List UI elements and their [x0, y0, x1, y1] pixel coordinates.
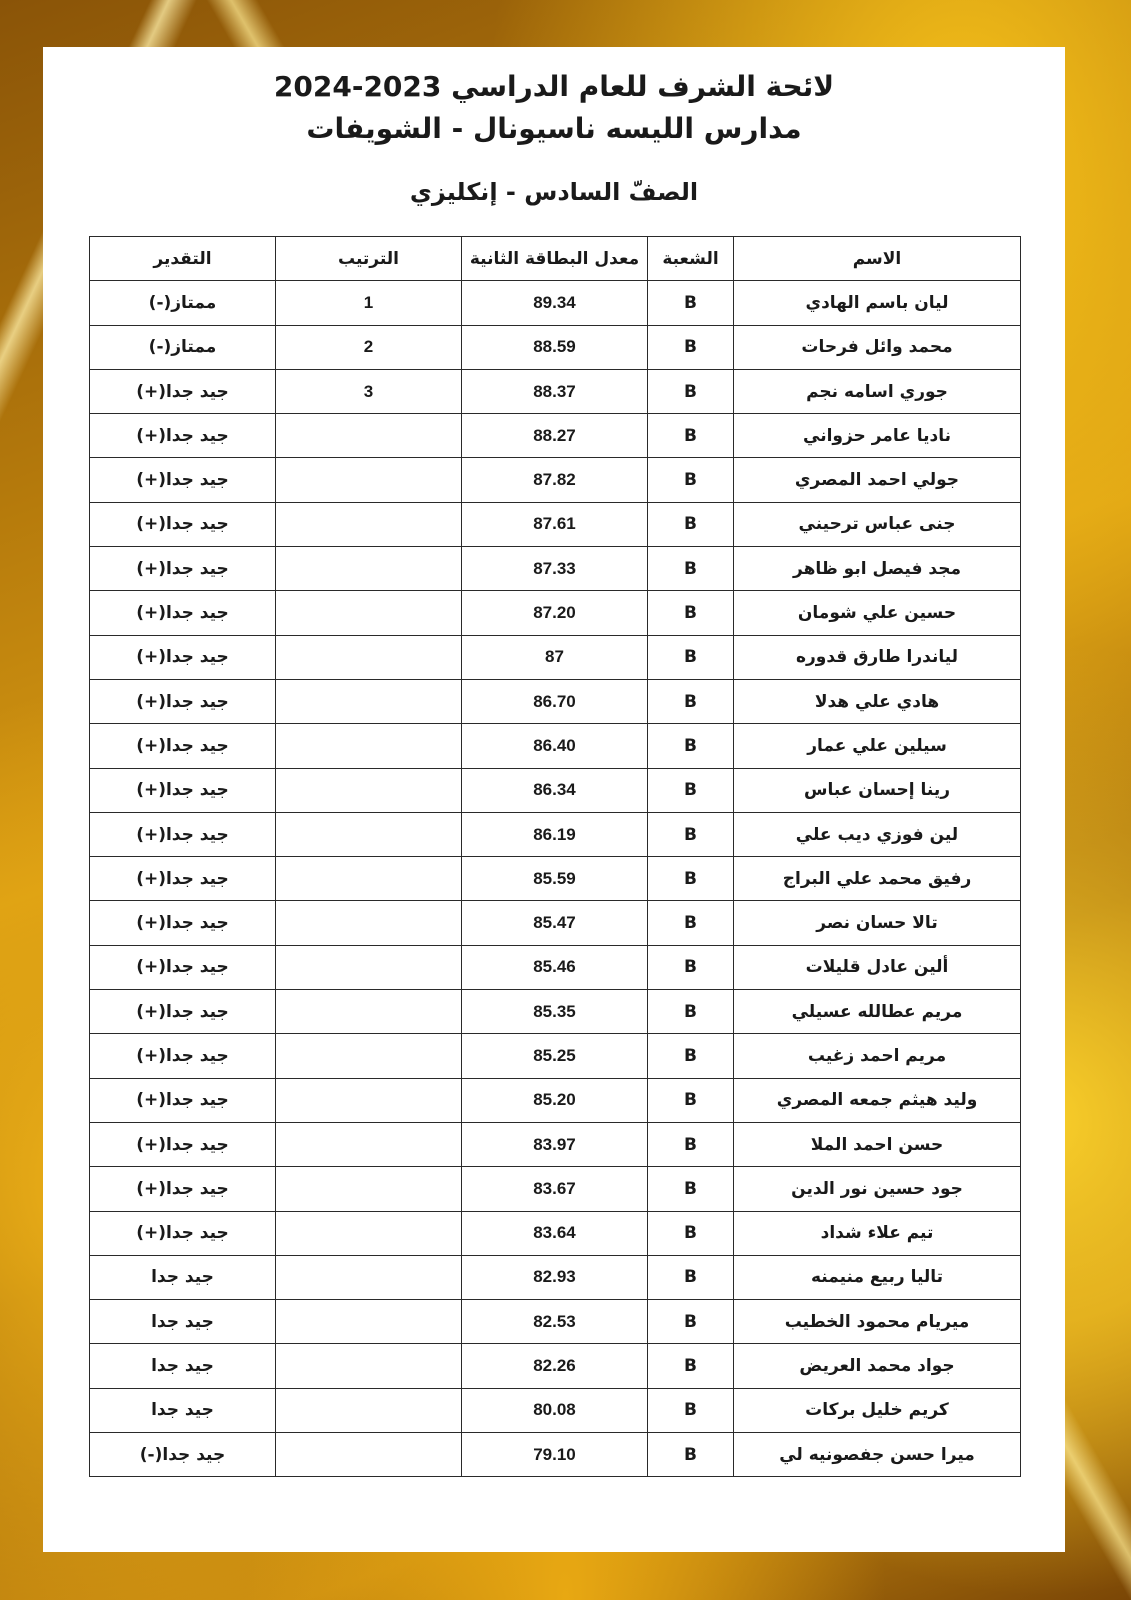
cell-name: تالا حسان نصر: [734, 901, 1021, 945]
column-header-average: معدل البطاقة الثانية: [462, 237, 648, 281]
cell-grade: جيد جدا(+): [90, 901, 276, 945]
cell-average: 89.34: [462, 281, 648, 325]
cell-section: B: [648, 1433, 734, 1477]
table-row: لين فوزي ديب عليB86.19جيد جدا(+): [90, 812, 1021, 856]
table-row: جود حسين نور الدينB83.67جيد جدا(+): [90, 1167, 1021, 1211]
cell-name: ألين عادل قليلات: [734, 945, 1021, 989]
cell-grade: جيد جدا(+): [90, 990, 276, 1034]
cell-section: B: [648, 990, 734, 1034]
cell-average: 86.40: [462, 724, 648, 768]
cell-grade: جيد جدا(+): [90, 547, 276, 591]
table-row: جولي احمد المصريB87.82جيد جدا(+): [90, 458, 1021, 502]
cell-grade: ممتاز(-): [90, 281, 276, 325]
cell-grade: جيد جدا(+): [90, 1167, 276, 1211]
cell-grade: جيد جدا(+): [90, 414, 276, 458]
table-header-row: الاسم الشعبة معدل البطاقة الثانية الترتي…: [90, 237, 1021, 281]
cell-rank: [276, 1433, 462, 1477]
cell-average: 87: [462, 635, 648, 679]
cell-average: 88.59: [462, 325, 648, 369]
cell-grade: جيد جدا(+): [90, 945, 276, 989]
cell-rank: [276, 990, 462, 1034]
cell-average: 82.26: [462, 1344, 648, 1388]
cell-name: سيلين علي عمار: [734, 724, 1021, 768]
cell-grade: جيد جدا(+): [90, 768, 276, 812]
cell-name: ناديا عامر حزواني: [734, 414, 1021, 458]
cell-rank: [276, 1388, 462, 1432]
cell-name: حسن احمد الملا: [734, 1122, 1021, 1166]
cell-grade: جيد جدا: [90, 1300, 276, 1344]
cell-grade: جيد جدا(-): [90, 1433, 276, 1477]
table-row: سيلين علي عمارB86.40جيد جدا(+): [90, 724, 1021, 768]
table-row: تالا حسان نصرB85.47جيد جدا(+): [90, 901, 1021, 945]
cell-section: B: [648, 414, 734, 458]
cell-name: وليد هيثم جمعه المصري: [734, 1078, 1021, 1122]
cell-grade: جيد جدا(+): [90, 635, 276, 679]
table-row: محمد وائل فرحاتB88.592ممتاز(-): [90, 325, 1021, 369]
cell-section: B: [648, 547, 734, 591]
cell-rank: [276, 679, 462, 723]
table-row: رفيق محمد علي البراجB85.59جيد جدا(+): [90, 857, 1021, 901]
cell-name: جنى عباس ترحيني: [734, 502, 1021, 546]
cell-name: ميرا حسن جفصونيه لي: [734, 1433, 1021, 1477]
cell-section: B: [648, 325, 734, 369]
cell-rank: [276, 635, 462, 679]
cell-grade: جيد جدا(+): [90, 369, 276, 413]
cell-rank: [276, 1344, 462, 1388]
cell-name: تاليا ربيع منيمنه: [734, 1255, 1021, 1299]
cell-section: B: [648, 724, 734, 768]
cell-average: 82.53: [462, 1300, 648, 1344]
cell-name: تيم علاء شداد: [734, 1211, 1021, 1255]
cell-grade: جيد جدا(+): [90, 458, 276, 502]
cell-average: 86.19: [462, 812, 648, 856]
table-row: هادي علي هدلاB86.70جيد جدا(+): [90, 679, 1021, 723]
cell-section: B: [648, 1122, 734, 1166]
cell-name: مريم عطالله عسيلي: [734, 990, 1021, 1034]
cell-rank: 1: [276, 281, 462, 325]
cell-section: B: [648, 1034, 734, 1078]
table-row: جنى عباس ترحينيB87.61جيد جدا(+): [90, 502, 1021, 546]
cell-name: كريم خليل بركات: [734, 1388, 1021, 1432]
cell-rank: [276, 768, 462, 812]
school-name: مدارس الليسه ناسيونال - الشويفات: [43, 109, 1065, 149]
cell-grade: جيد جدا(+): [90, 1122, 276, 1166]
cell-name: هادي علي هدلا: [734, 679, 1021, 723]
cell-rank: [276, 502, 462, 546]
cell-name: محمد وائل فرحات: [734, 325, 1021, 369]
cell-name: جوري اسامه نجم: [734, 369, 1021, 413]
cell-section: B: [648, 502, 734, 546]
cell-grade: جيد جدا(+): [90, 591, 276, 635]
cell-rank: [276, 1034, 462, 1078]
column-header-rank: الترتيب: [276, 237, 462, 281]
table-row: ميريام محمود الخطيبB82.53جيد جدا: [90, 1300, 1021, 1344]
table-row: ميرا حسن جفصونيه ليB79.10جيد جدا(-): [90, 1433, 1021, 1477]
cell-grade: جيد جدا(+): [90, 1078, 276, 1122]
cell-rank: [276, 591, 462, 635]
table-row: جواد محمد العريضB82.26جيد جدا: [90, 1344, 1021, 1388]
cell-average: 87.20: [462, 591, 648, 635]
cell-average: 85.25: [462, 1034, 648, 1078]
cell-average: 88.27: [462, 414, 648, 458]
cell-rank: [276, 857, 462, 901]
cell-average: 87.82: [462, 458, 648, 502]
cell-grade: جيد جدا: [90, 1255, 276, 1299]
cell-average: 86.70: [462, 679, 648, 723]
cell-section: B: [648, 591, 734, 635]
cell-name: مجد فيصل ابو ظاهر: [734, 547, 1021, 591]
table-row: حسين علي شومانB87.20جيد جدا(+): [90, 591, 1021, 635]
cell-name: ليان باسم الهادي: [734, 281, 1021, 325]
cell-average: 86.34: [462, 768, 648, 812]
cell-average: 83.64: [462, 1211, 648, 1255]
cell-grade: جيد جدا(+): [90, 502, 276, 546]
cell-name: جولي احمد المصري: [734, 458, 1021, 502]
cell-rank: 3: [276, 369, 462, 413]
cell-section: B: [648, 1344, 734, 1388]
table-row: تاليا ربيع منيمنهB82.93جيد جدا: [90, 1255, 1021, 1299]
cell-average: 88.37: [462, 369, 648, 413]
cell-grade: جيد جدا(+): [90, 724, 276, 768]
table-row: ليان باسم الهاديB89.341ممتاز(-): [90, 281, 1021, 325]
cell-average: 83.97: [462, 1122, 648, 1166]
cell-grade: جيد جدا(+): [90, 857, 276, 901]
cell-grade: جيد جدا(+): [90, 1034, 276, 1078]
cell-section: B: [648, 901, 734, 945]
cell-rank: 2: [276, 325, 462, 369]
cell-section: B: [648, 1211, 734, 1255]
cell-grade: جيد جدا: [90, 1388, 276, 1432]
cell-rank: [276, 1300, 462, 1344]
cell-section: B: [648, 458, 734, 502]
cell-name: مريم احمد زغيب: [734, 1034, 1021, 1078]
honor-roll-table: الاسم الشعبة معدل البطاقة الثانية الترتي…: [89, 236, 1021, 1477]
table-row: حسن احمد الملاB83.97جيد جدا(+): [90, 1122, 1021, 1166]
cell-average: 82.93: [462, 1255, 648, 1299]
cell-section: B: [648, 1255, 734, 1299]
table-row: ناديا عامر حزوانيB88.27جيد جدا(+): [90, 414, 1021, 458]
table-row: وليد هيثم جمعه المصريB85.20جيد جدا(+): [90, 1078, 1021, 1122]
cell-average: 85.47: [462, 901, 648, 945]
cell-rank: [276, 1255, 462, 1299]
table-body: ليان باسم الهاديB89.341ممتاز(-)محمد وائل…: [90, 281, 1021, 1477]
cell-average: 85.35: [462, 990, 648, 1034]
cell-average: 87.33: [462, 547, 648, 591]
cell-grade: جيد جدا: [90, 1344, 276, 1388]
cell-grade: جيد جدا(+): [90, 1211, 276, 1255]
table-row: كريم خليل بركاتB80.08جيد جدا: [90, 1388, 1021, 1432]
honor-roll-sheet: لائحة الشرف للعام الدراسي 2023-2024 مدار…: [43, 47, 1065, 1552]
cell-rank: [276, 724, 462, 768]
cell-rank: [276, 458, 462, 502]
cell-average: 83.67: [462, 1167, 648, 1211]
table-row: تيم علاء شدادB83.64جيد جدا(+): [90, 1211, 1021, 1255]
cell-rank: [276, 547, 462, 591]
cell-section: B: [648, 768, 734, 812]
cell-section: B: [648, 1167, 734, 1211]
cell-section: B: [648, 369, 734, 413]
cell-average: 85.46: [462, 945, 648, 989]
cell-rank: [276, 1167, 462, 1211]
cell-section: B: [648, 679, 734, 723]
cell-name: لين فوزي ديب علي: [734, 812, 1021, 856]
cell-average: 85.59: [462, 857, 648, 901]
cell-section: B: [648, 635, 734, 679]
table-row: جوري اسامه نجمB88.373جيد جدا(+): [90, 369, 1021, 413]
cell-rank: [276, 1078, 462, 1122]
cell-name: لياندرا طارق قدوره: [734, 635, 1021, 679]
cell-average: 80.08: [462, 1388, 648, 1432]
cell-section: B: [648, 857, 734, 901]
cell-average: 87.61: [462, 502, 648, 546]
column-header-name: الاسم: [734, 237, 1021, 281]
column-header-grade: التقدير: [90, 237, 276, 281]
cell-rank: [276, 945, 462, 989]
cell-rank: [276, 1122, 462, 1166]
cell-name: جواد محمد العريض: [734, 1344, 1021, 1388]
table-row: لياندرا طارق قدورهB87جيد جدا(+): [90, 635, 1021, 679]
table-row: مجد فيصل ابو ظاهرB87.33جيد جدا(+): [90, 547, 1021, 591]
cell-grade: جيد جدا(+): [90, 812, 276, 856]
table-row: مريم عطالله عسيليB85.35جيد جدا(+): [90, 990, 1021, 1034]
cell-name: رينا إحسان عباس: [734, 768, 1021, 812]
table-row: مريم احمد زغيبB85.25جيد جدا(+): [90, 1034, 1021, 1078]
cell-grade: جيد جدا(+): [90, 679, 276, 723]
cell-section: B: [648, 1388, 734, 1432]
cell-section: B: [648, 812, 734, 856]
cell-rank: [276, 812, 462, 856]
cell-rank: [276, 1211, 462, 1255]
cell-average: 85.20: [462, 1078, 648, 1122]
cell-name: حسين علي شومان: [734, 591, 1021, 635]
cell-section: B: [648, 945, 734, 989]
class-title: الصفّ السادس - إنكليزي: [43, 175, 1065, 209]
cell-section: B: [648, 281, 734, 325]
cell-grade: ممتاز(-): [90, 325, 276, 369]
cell-name: ميريام محمود الخطيب: [734, 1300, 1021, 1344]
table-row: رينا إحسان عباسB86.34جيد جدا(+): [90, 768, 1021, 812]
cell-rank: [276, 901, 462, 945]
cell-name: رفيق محمد علي البراج: [734, 857, 1021, 901]
cell-section: B: [648, 1078, 734, 1122]
column-header-section: الشعبة: [648, 237, 734, 281]
cell-name: جود حسين نور الدين: [734, 1167, 1021, 1211]
cell-section: B: [648, 1300, 734, 1344]
table-row: ألين عادل قليلاتB85.46جيد جدا(+): [90, 945, 1021, 989]
page-title: لائحة الشرف للعام الدراسي 2023-2024: [43, 67, 1065, 107]
cell-average: 79.10: [462, 1433, 648, 1477]
cell-rank: [276, 414, 462, 458]
